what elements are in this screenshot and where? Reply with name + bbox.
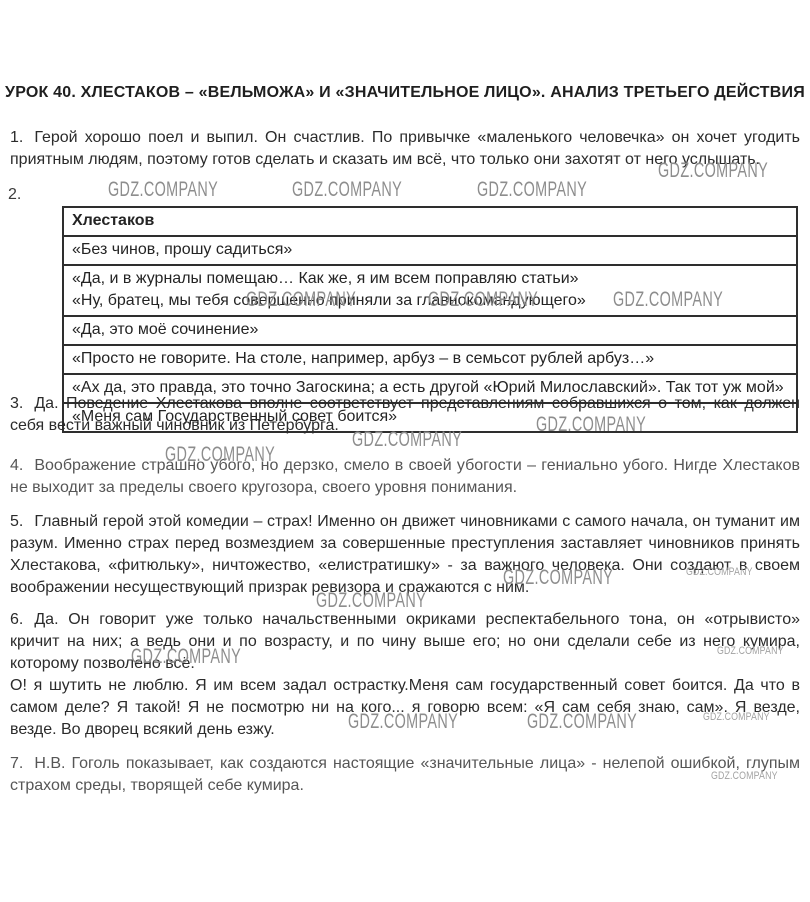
gdz-watermark-small: GDZ.COMPANY xyxy=(703,711,770,723)
paragraph-7-text: Н.В. Гоголь показывает, как создаются на… xyxy=(10,755,800,794)
paragraph-6-text: Да. Он говорит уже только начальственным… xyxy=(10,611,800,672)
gdz-watermark-small: GDZ.COMPANY xyxy=(686,566,753,578)
table-header-row: Хлестаков xyxy=(64,208,796,235)
gdz-watermark: GDZ.COMPANY xyxy=(352,428,462,452)
gdz-watermark: GDZ.COMPANY xyxy=(477,178,587,202)
table-row: «Без чинов, прошу садиться» xyxy=(64,235,796,264)
gdz-watermark: GDZ.COMPANY xyxy=(131,645,241,669)
gdz-watermark: GDZ.COMPANY xyxy=(165,443,275,467)
table-row: «Просто не говорите. На столе, например,… xyxy=(64,344,796,373)
gdz-watermark: GDZ.COMPANY xyxy=(292,178,402,202)
gdz-watermark: GDZ.COMPANY xyxy=(503,566,613,590)
paragraph-2-number: 2. xyxy=(8,186,21,204)
lesson-title: УРОК 40. ХЛЕСТАКОВ – «ВЕЛЬМОЖА» И «ЗНАЧИ… xyxy=(0,84,810,102)
paragraph-6: 6.Да. Он говорит уже только начальственн… xyxy=(10,609,800,675)
table-cell: «Просто не говорите. На столе, например,… xyxy=(72,348,788,370)
gdz-watermark-small: GDZ.COMPANY xyxy=(711,770,778,782)
gdz-watermark: GDZ.COMPANY xyxy=(316,589,426,613)
paragraph-7: 7.Н.В. Гоголь показывает, как создаются … xyxy=(10,753,800,797)
paragraph-5-number: 5. xyxy=(10,513,23,530)
gdz-watermark: GDZ.COMPANY xyxy=(658,159,768,183)
gdz-watermark: GDZ.COMPANY xyxy=(246,288,356,312)
paragraph-6-number: 6. xyxy=(10,611,23,628)
table-cell: «Без чинов, прошу садиться» xyxy=(72,239,788,261)
paragraph-5-text: Главный герой этой комедии – страх! Имен… xyxy=(10,513,800,596)
document-page: УРОК 40. ХЛЕСТАКОВ – «ВЕЛЬМОЖА» И «ЗНАЧИ… xyxy=(0,0,810,902)
gdz-watermark: GDZ.COMPANY xyxy=(536,413,646,437)
gdz-watermark: GDZ.COMPANY xyxy=(348,710,458,734)
paragraph-3-number: 3. xyxy=(10,395,23,412)
table-cell: «Да, и в журналы помещаю… Как же, я им в… xyxy=(72,268,788,290)
paragraph-5: 5.Главный герой этой комедии – страх! Им… xyxy=(10,511,800,599)
gdz-watermark: GDZ.COMPANY xyxy=(108,178,218,202)
table-cell: Хлестаков xyxy=(72,210,788,232)
paragraph-4: 4.Воображение страшно убого, но дерзко, … xyxy=(10,455,800,499)
gdz-watermark: GDZ.COMPANY xyxy=(613,288,723,312)
table-cell: «Да, это моё сочинение» xyxy=(72,319,788,341)
gdz-watermark-small: GDZ.COMPANY xyxy=(717,645,784,657)
table-row: «Да, это моё сочинение» xyxy=(64,315,796,344)
paragraph-7-number: 7. xyxy=(10,755,23,772)
paragraph-4-number: 4. xyxy=(10,457,23,474)
paragraph-1-number: 1. xyxy=(10,129,23,146)
gdz-watermark: GDZ.COMPANY xyxy=(428,288,538,312)
gdz-watermark: GDZ.COMPANY xyxy=(527,710,637,734)
paragraph-4-text: Воображение страшно убого, но дерзко, см… xyxy=(10,457,800,496)
